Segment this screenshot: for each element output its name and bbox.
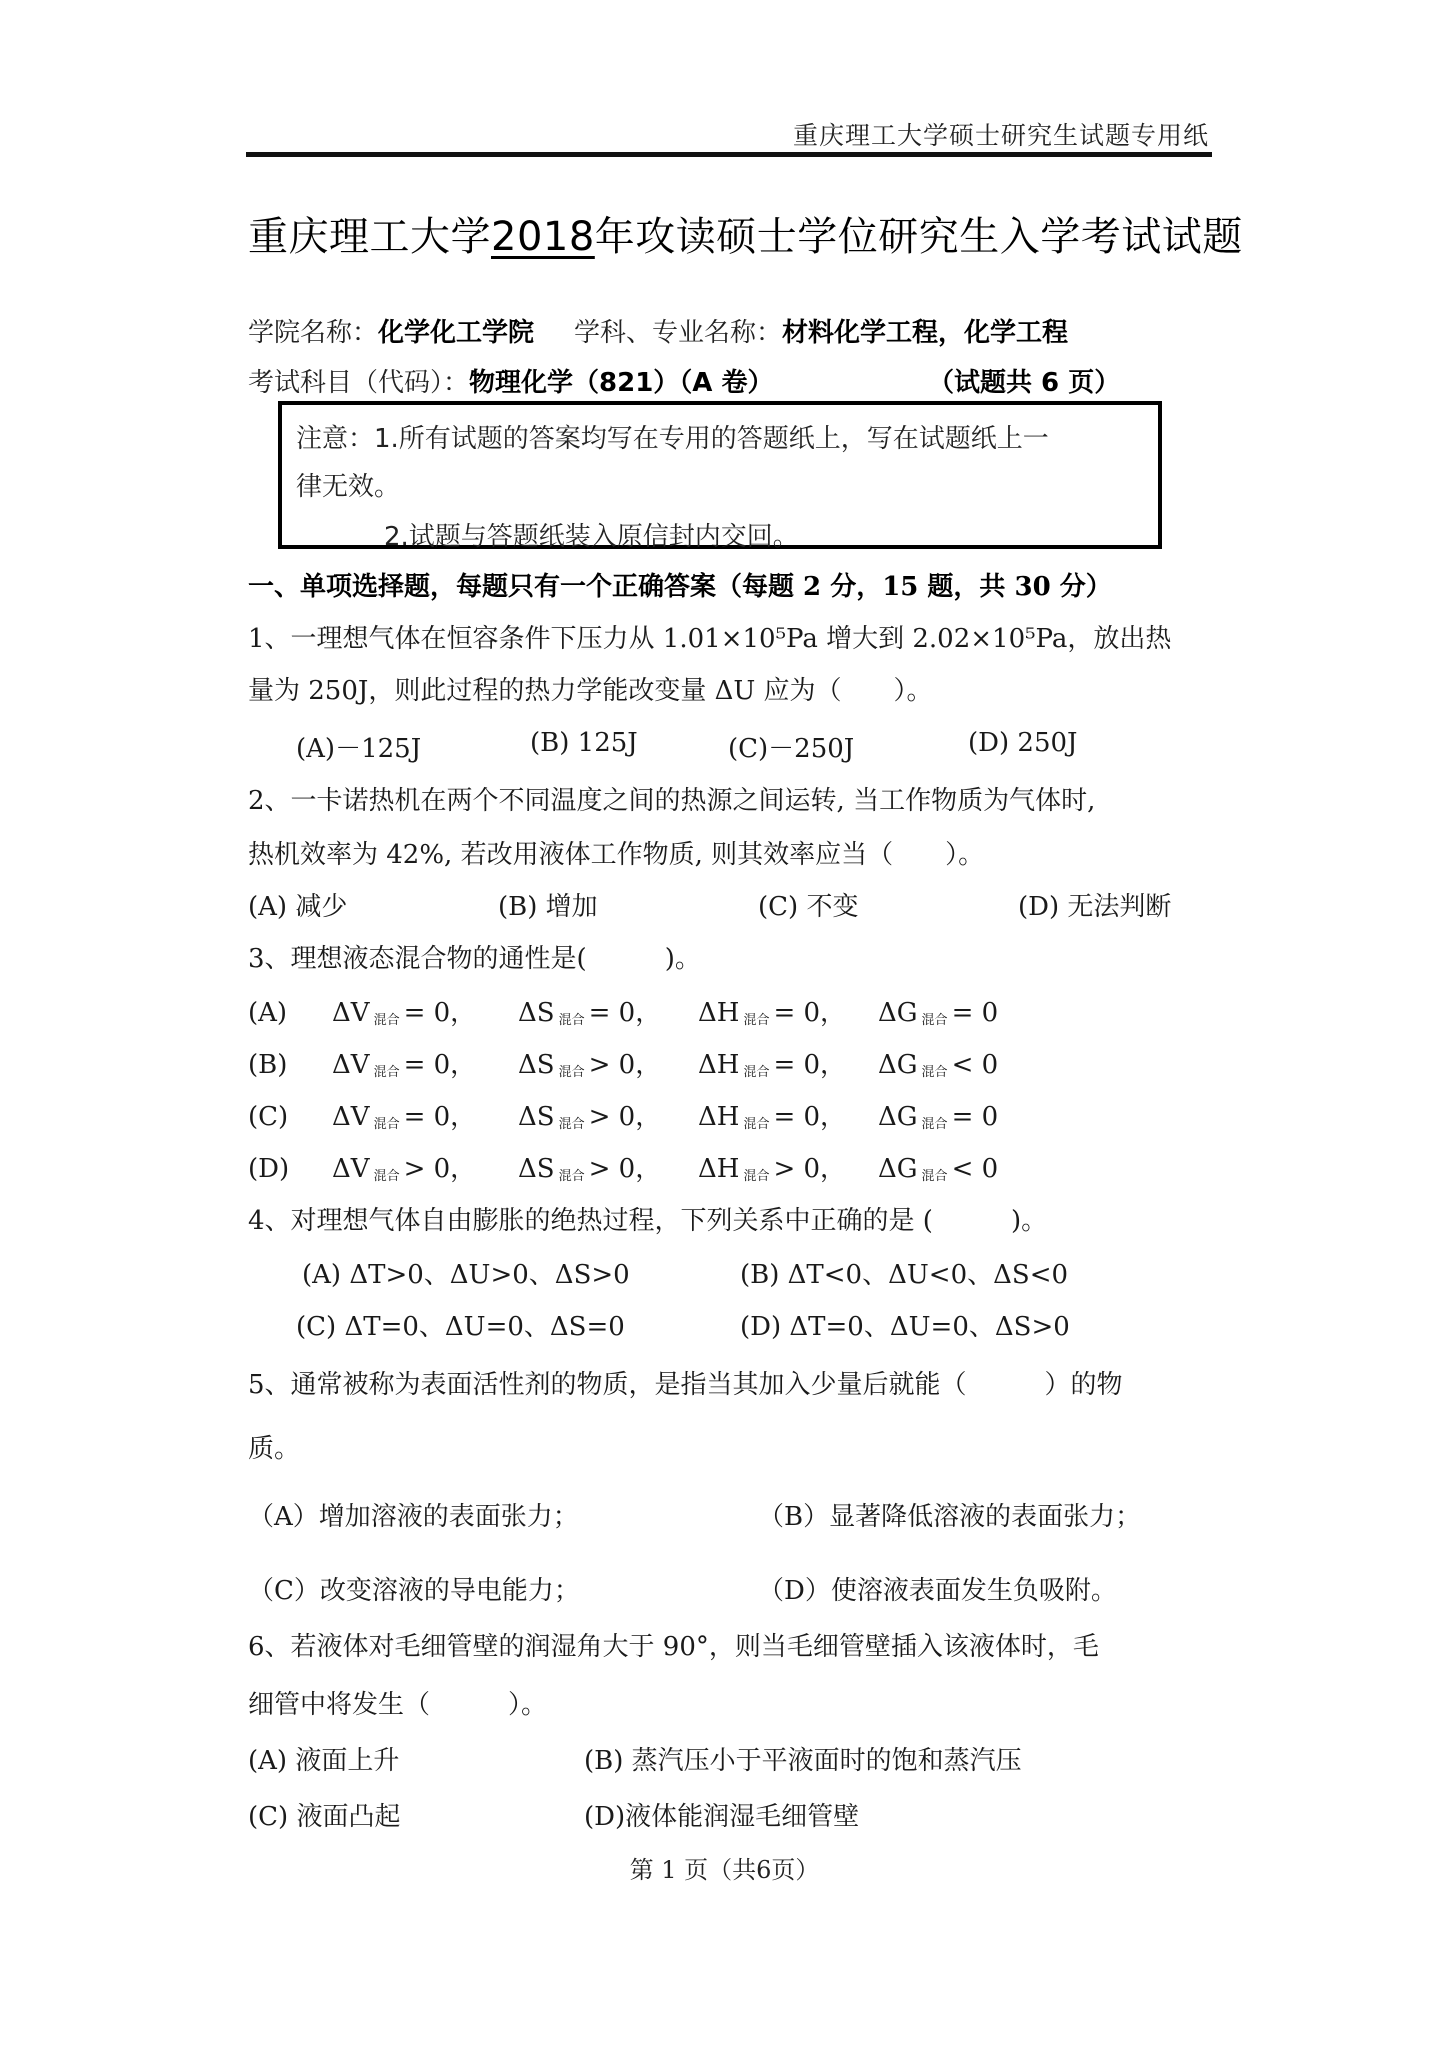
q1-option-b: (B) 125J <box>530 728 638 758</box>
q3-option-c: (C)ΔV混合= 0，ΔS混合> 0，ΔH混合= 0，ΔG混合= 0 <box>248 1096 998 1133</box>
question-2-line-1: 2、一卡诺热机在两个不同温度之间的热源之间运转, 当工作物质为气体时, <box>248 780 1095 817</box>
q1-option-d: (D) 250J <box>968 728 1077 758</box>
header-rule <box>246 152 1212 157</box>
subject-line: 考试科目（代码）：物理化学（821）（A 卷） <box>248 362 773 399</box>
section-heading: 一、单项选择题，每题只有一个正确答案（每题 2 分，15 题，共 30 分） <box>248 566 1112 603</box>
q6-option-c: (C) 液面凸起 <box>248 1796 400 1833</box>
q6-option-a: (A) 液面上升 <box>248 1740 399 1777</box>
q4-option-b: (B) ΔT<0、ΔU<0、ΔS<0 <box>740 1254 1068 1291</box>
q2-option-c: (C) 不变 <box>758 886 858 923</box>
q4-option-a: (A) ΔT>0、ΔU>0、ΔS>0 <box>302 1254 630 1291</box>
title-suffix: 年攻读硕士学位研究生入学考试试题 <box>595 214 1243 260</box>
question-6-line-2: 细管中将发生（ ）。 <box>248 1684 547 1721</box>
q1-option-c: (C)－250J <box>728 728 854 765</box>
question-5-line-1: 5、通常被称为表面活性剂的物质，是指当其加入少量后就能（ ）的物 <box>248 1364 1123 1401</box>
question-4-stem: 4、对理想气体自由膨胀的绝热过程，下列关系中正确的是 ( )。 <box>248 1200 1047 1237</box>
exam-title: 重庆理工大学2018年攻读硕士学位研究生入学考试试题 <box>248 205 1243 262</box>
q4-option-c: (C) ΔT=0、ΔU=0、ΔS=0 <box>296 1306 625 1343</box>
college-value: 化学化工学院 <box>378 318 534 348</box>
question-1-line-2: 量为 250J，则此过程的热力学能改变量 ΔU 应为（ ）。 <box>248 670 933 707</box>
major-label: 学科、专业名称： <box>574 318 782 348</box>
q6-option-b: (B) 蒸汽压小于平液面时的饱和蒸汽压 <box>584 1740 1022 1777</box>
q6-option-d: (D)液体能润湿毛细管壁 <box>584 1796 859 1833</box>
college-major-line: 学院名称：化学化工学院学科、专业名称：材料化学工程，化学工程 <box>248 312 1068 349</box>
question-6-line-1: 6、若液体对毛细管壁的润湿角大于 90°，则当毛细管壁插入该液体时，毛 <box>248 1626 1099 1663</box>
running-header: 重庆理工大学硕士研究生试题专用纸 <box>793 116 1209 152</box>
question-3-stem: 3、理想液态混合物的通性是( )。 <box>248 938 701 975</box>
subject-value: 物理化学（821）（A 卷） <box>469 368 773 398</box>
title-prefix: 重庆理工大学 <box>248 214 491 260</box>
q3-option-b: (B)ΔV混合= 0，ΔS混合> 0，ΔH混合= 0，ΔG混合< 0 <box>248 1044 998 1081</box>
major-value: 材料化学工程，化学工程 <box>782 318 1068 348</box>
q2-option-a: (A) 减少 <box>248 886 347 923</box>
title-year: 2018 <box>491 214 595 260</box>
q5-option-c: （C）改变溶液的导电能力； <box>248 1570 580 1607</box>
q5-option-b: （B）显著降低溶液的表面张力； <box>758 1496 1141 1533</box>
q2-option-d: (D) 无法判断 <box>1018 886 1171 923</box>
q5-option-a: （A）增加溶液的表面张力； <box>248 1496 579 1533</box>
question-2-line-2: 热机效率为 42%, 若改用液体工作物质, 则其效率应当（ ）。 <box>248 834 984 871</box>
q1-option-a: (A)－125J <box>296 728 421 765</box>
notice-line-2: 律无效。 <box>296 466 400 503</box>
q3-option-d: (D)ΔV混合> 0，ΔS混合> 0，ΔH混合> 0，ΔG混合< 0 <box>248 1148 998 1185</box>
q2-option-b: (B) 增加 <box>498 886 598 923</box>
question-1-line-1: 1、一理想气体在恒容条件下压力从 1.01×10⁵Pa 增大到 2.02×10⁵… <box>248 618 1171 655</box>
q5-option-d: （D）使溶液表面发生负吸附。 <box>758 1570 1117 1607</box>
notice-line-1: 注意：1.所有试题的答案均写在专用的答题纸上，写在试题纸上一 <box>296 418 1049 455</box>
q3-option-a: (A)ΔV混合= 0，ΔS混合= 0，ΔH混合= 0，ΔG混合= 0 <box>248 992 998 1029</box>
notice-line-3: 2.试题与答题纸装入原信封内交回。 <box>384 516 799 553</box>
college-label: 学院名称： <box>248 318 378 348</box>
page-count: （试题共 6 页） <box>928 362 1120 399</box>
page-footer: 第 1 页（共6页） <box>0 1850 1449 1885</box>
q4-option-d: (D) ΔT=0、ΔU=0、ΔS>0 <box>740 1306 1070 1343</box>
subject-label: 考试科目（代码）： <box>248 368 469 398</box>
question-5-line-2: 质。 <box>248 1428 300 1465</box>
